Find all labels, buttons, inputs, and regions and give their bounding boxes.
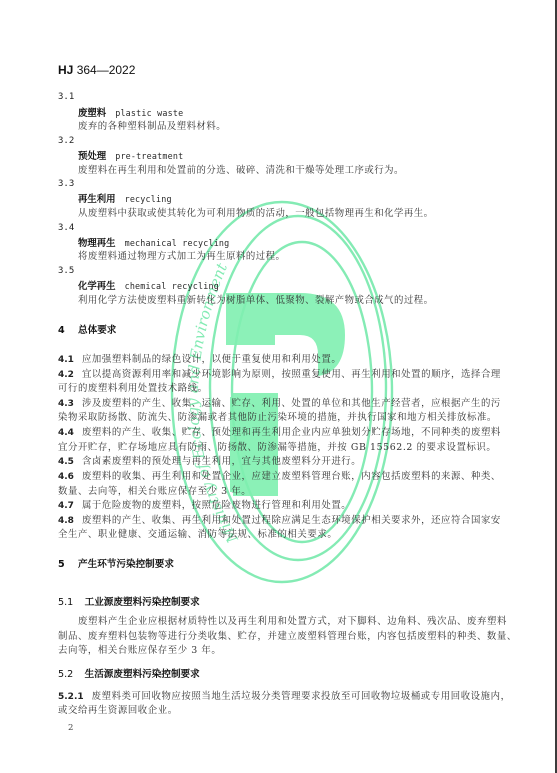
term-en: recycling [125,194,172,204]
term-en: pre-treatment [115,151,183,161]
clause-text: 废塑料类可回收物应按照当地生活垃圾分类管理要求投放至可回收物垃圾桶或专用回收设施… [92,691,511,702]
term-zh: 物理再生 [78,238,116,249]
definition-text: 利用化学方法使废塑料重新转化为树脂单体、低聚物、裂解产物或合成气的过程。 [78,295,434,307]
term-en: plastic waste [115,108,183,118]
definition-text: 废弃的各种塑料制品及塑料材料。 [78,121,226,133]
paragraph-line: 去向等，相关台账应保存至少 3 年。 [58,645,221,657]
definition-term: 废塑料 plastic waste [78,107,183,120]
term-en: chemical recycling [125,281,219,291]
clause-number: 4.2 [58,370,74,380]
clause-text-continued: 宜分开贮存，贮存场地应具有防雨、防扬散、防渗漏等措施，并按 GB 15562.2… [58,442,496,454]
clause-4-2: 4.2宜以提高资源利用率和减少环境影响为原则，按照重复使用、再生利用和处置的顺序… [58,369,501,381]
clause-text: 涉及废塑料的产生、收集、运输、贮存、利用、处置的单位和其他生产经营者，应根据产生… [82,398,501,409]
term-en: mechanical recycling [125,238,230,248]
definition-number: 3.4 [58,222,74,234]
clause-text: 应加强塑料制品的绿色设计，以便于重复使用和利用处置。 [82,354,341,365]
section-title: 产生环节污染控制要求 [78,559,174,570]
term-zh: 预处理 [78,151,106,162]
section-heading-4: 4 总体要求 [58,325,116,337]
standard-code: HJ 364—2022 [58,64,135,76]
clause-text-continued: 染物采取防扬散、防流失、防渗漏或者其他防止污染环境的措施，并执行国家和地方相关排… [58,412,497,424]
subsection-title: 工业源废塑料污染控制要求 [85,597,200,608]
clause-4-7: 4.7属于危险废物的废塑料，按照危险废物进行管理和利用处置。 [58,500,351,512]
definition-number: 3.3 [58,178,74,190]
paragraph-line: 制品、废弃塑料包装物等进行分类收集、贮存，并建立废塑料管理台账，内容包括废塑料的… [58,631,517,643]
clause-4-6: 4.6废塑料的收集、再生利用和处置企业，应建立废塑料管理台账，内容包括废塑料的来… [58,471,501,483]
clause-number: 4.5 [58,457,74,467]
definition-text: 将废塑料通过物理方式加工为再生原料的过程。 [78,251,285,263]
clause-text-continued: 或交给再生资源回收企业。 [58,705,178,717]
definition-number: 3.1 [58,91,74,103]
definition-term: 化学再生 chemical recycling [78,280,219,293]
clause-text: 废塑料的产生、收集、再生利用和处置过程除应满足生态环境保护相关要求外，还应符合国… [82,515,501,526]
clause-number: 4.1 [58,355,74,365]
clause-number: 4.4 [58,428,74,438]
definition-term: 物理再生 mechanical recycling [78,237,229,250]
definition-number: 3.5 [58,265,74,277]
clause-4-3: 4.3涉及废塑料的产生、收集、运输、贮存、利用、处置的单位和其他生产经营者，应根… [58,398,501,410]
page-number: 2 [68,722,73,734]
clause-text: 废塑料的收集、再生利用和处置企业，应建立废塑料管理台账，内容包括废塑料的来源、种… [82,471,501,482]
subsection-title: 生活源废塑料污染控制要求 [85,669,200,680]
section-title: 总体要求 [78,325,116,336]
section-number: 5 [58,559,65,570]
clause-text: 属于危险废物的废塑料，按照危险废物进行管理和利用处置。 [82,500,351,511]
clause-4-5: 4.5含卤素废塑料的预处理与再生利用，宜与其他废塑料分开进行。 [58,456,361,468]
clause-4-8: 4.8废塑料的产生、收集、再生利用和处置过程除应满足生态环境保护相关要求外，还应… [58,515,501,527]
standard-number: 364—2022 [77,63,136,77]
clause-5-2-1: 5.2.1废塑料类可回收物应按照当地生活垃圾分类管理要求投放至可回收物垃圾桶或专… [58,691,511,703]
term-zh: 再生利用 [78,194,116,205]
clause-number: 4.8 [58,516,74,526]
subsection-heading-5-1: 5.1 工业源废塑料污染控制要求 [58,597,200,609]
clause-number: 4.7 [58,501,74,511]
clause-4-4: 4.4废塑料的产生、收集、贮存、预处理和再生利用企业内应单独划分贮存场地，不同种… [58,427,501,439]
clause-4-1: 4.1应加强塑料制品的绿色设计，以便于重复使用和利用处置。 [58,354,341,366]
standard-prefix: HJ [58,63,73,77]
subsection-number: 5.2 [58,669,73,680]
term-zh: 化学再生 [78,281,116,292]
clause-number: 5.2.1 [58,692,84,702]
section-number: 4 [58,325,65,336]
definition-text: 废塑料在再生利用和处置前的分选、破碎、清洗和干燥等处理工序或行为。 [78,165,404,177]
section-heading-5: 5 产生环节污染控制要求 [58,559,174,571]
clause-text-continued: 全生产、职业健康、交通运输、消防等法规、标准的相关要求。 [58,529,337,541]
clause-text-continued: 可行的废塑料利用处置技术路线。 [58,383,208,395]
definition-number: 3.2 [58,135,74,147]
clause-number: 4.6 [58,472,74,482]
clause-number: 4.3 [58,399,74,409]
definition-term: 再生利用 recycling [78,193,172,206]
clause-text-continued: 数量、去向等，相关台账应保存至少 3 年。 [58,486,251,498]
subsection-number: 5.1 [58,597,73,608]
definition-text: 从废塑料中获取或使其转化为可利用物质的活动，一般包括物理再生和化学再生。 [78,208,434,220]
term-zh: 废塑料 [78,108,106,119]
clause-text: 废塑料的产生、收集、贮存、预处理和再生利用企业内应单独划分贮存场地，不同种类的废… [82,427,501,438]
subsection-heading-5-2: 5.2 生活源废塑料污染控制要求 [58,669,200,681]
clause-text: 宜以提高资源利用率和减少环境影响为原则，按照重复使用、再生利用和处置的顺序，选择… [82,369,501,380]
document-page: HJ 364—2022 3.1 废塑料 plastic waste 废弃的各种塑… [0,0,557,773]
clause-text: 含卤素废塑料的预处理与再生利用，宜与其他废塑料分开进行。 [82,456,361,467]
definition-term: 预处理 pre-treatment [78,150,183,163]
paragraph-line: 废塑料产生企业应根据材质特性以及再生利用和处置方式，对下脚料、边角料、残次品、废… [78,616,507,628]
